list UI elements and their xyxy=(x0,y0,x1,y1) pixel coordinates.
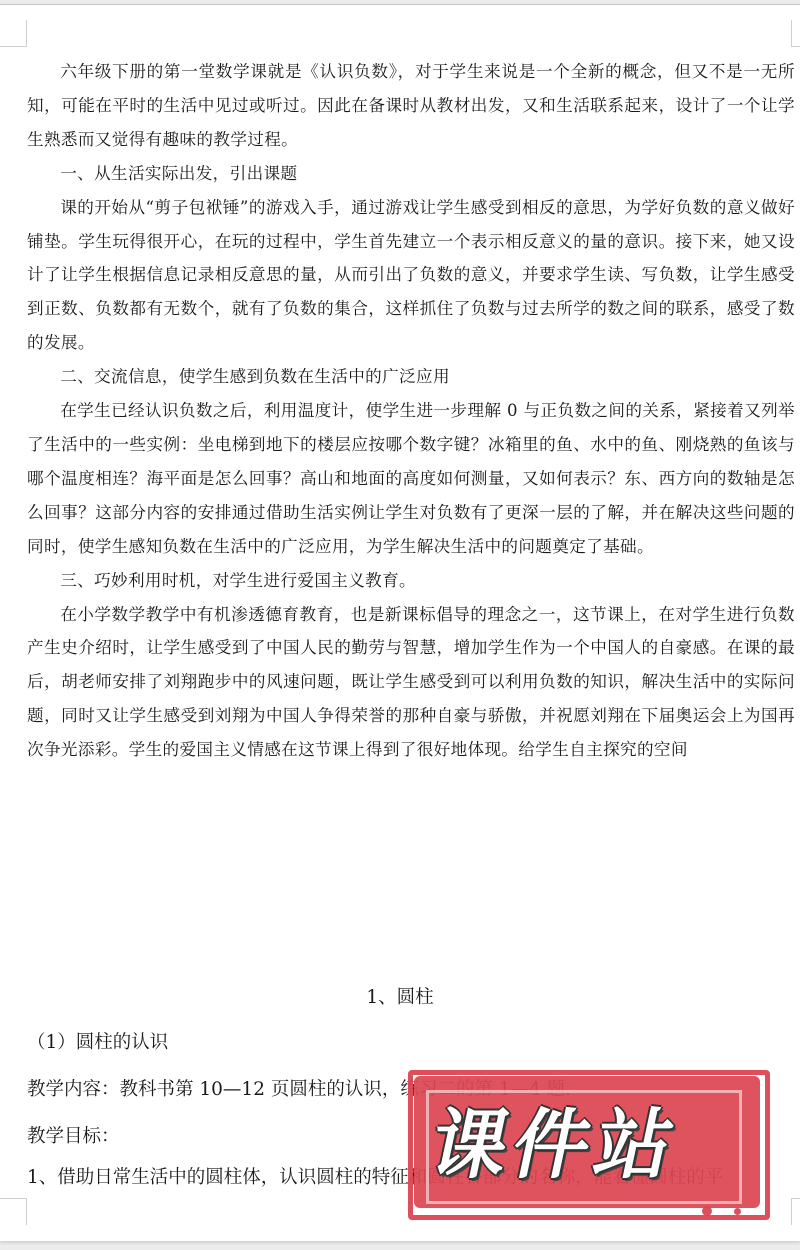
stamp-splatter xyxy=(734,1208,741,1215)
teaching-content: 教学内容：教科书第 10—12 页圆柱的认识，练习二的第 1—4 题. xyxy=(27,1075,797,1101)
margin-mark-top-right-h xyxy=(791,46,800,47)
teaching-objectives-label: 教学目标： xyxy=(27,1122,797,1148)
intro-paragraph: 六年级下册的第一堂数学课就是《认识负数》，对于学生来说是一个全新的概念，但又不是… xyxy=(27,55,795,157)
lesson-title: 1、圆柱 xyxy=(0,983,800,1009)
objective-1: 1、借助日常生活中的圆柱体，认识圆柱的特征和圆柱各部分的名称，能看懂圆柱的平 xyxy=(27,1163,797,1189)
margin-mark-top-left-v xyxy=(26,20,27,47)
section-heading-2: 二、交流信息，使学生感到负数在生活中的广泛应用 xyxy=(27,360,795,394)
margin-mark-bottom-left-v xyxy=(26,1198,27,1225)
margin-mark-bottom-left-h xyxy=(0,1198,27,1199)
lesson-subtitle: （1）圆柱的认识 xyxy=(27,1028,797,1054)
margin-mark-bottom-right-v xyxy=(791,1198,792,1225)
section-paragraph-1: 课的开始从“剪子包袱锤”的游戏入手，通过游戏让学生感受到相反的意思，为学好负数的… xyxy=(27,191,795,361)
reflection-text: 六年级下册的第一堂数学课就是《认识负数》，对于学生来说是一个全新的概念，但又不是… xyxy=(27,55,795,767)
section-paragraph-3: 在小学数学教学中有机渗透德育教育，也是新课标倡导的理念之一，这节课上，在对学生进… xyxy=(27,598,795,768)
document-page: 六年级下册的第一堂数学课就是《认识负数》，对于学生来说是一个全新的概念，但又不是… xyxy=(0,4,800,1241)
margin-mark-top-right-v xyxy=(791,20,792,47)
margin-mark-top-left-h xyxy=(0,46,27,47)
section-paragraph-2: 在学生已经认识负数之后，利用温度计，使学生进一步理解 0 与正负数之间的关系，紧… xyxy=(27,394,795,564)
stamp-splatter xyxy=(702,1206,712,1216)
section-heading-3: 三、巧妙利用时机，对学生进行爱国主义教育。 xyxy=(27,564,795,598)
section-heading-1: 一、从生活实际出发，引出课题 xyxy=(27,157,795,191)
margin-mark-bottom-right-h xyxy=(791,1198,800,1199)
